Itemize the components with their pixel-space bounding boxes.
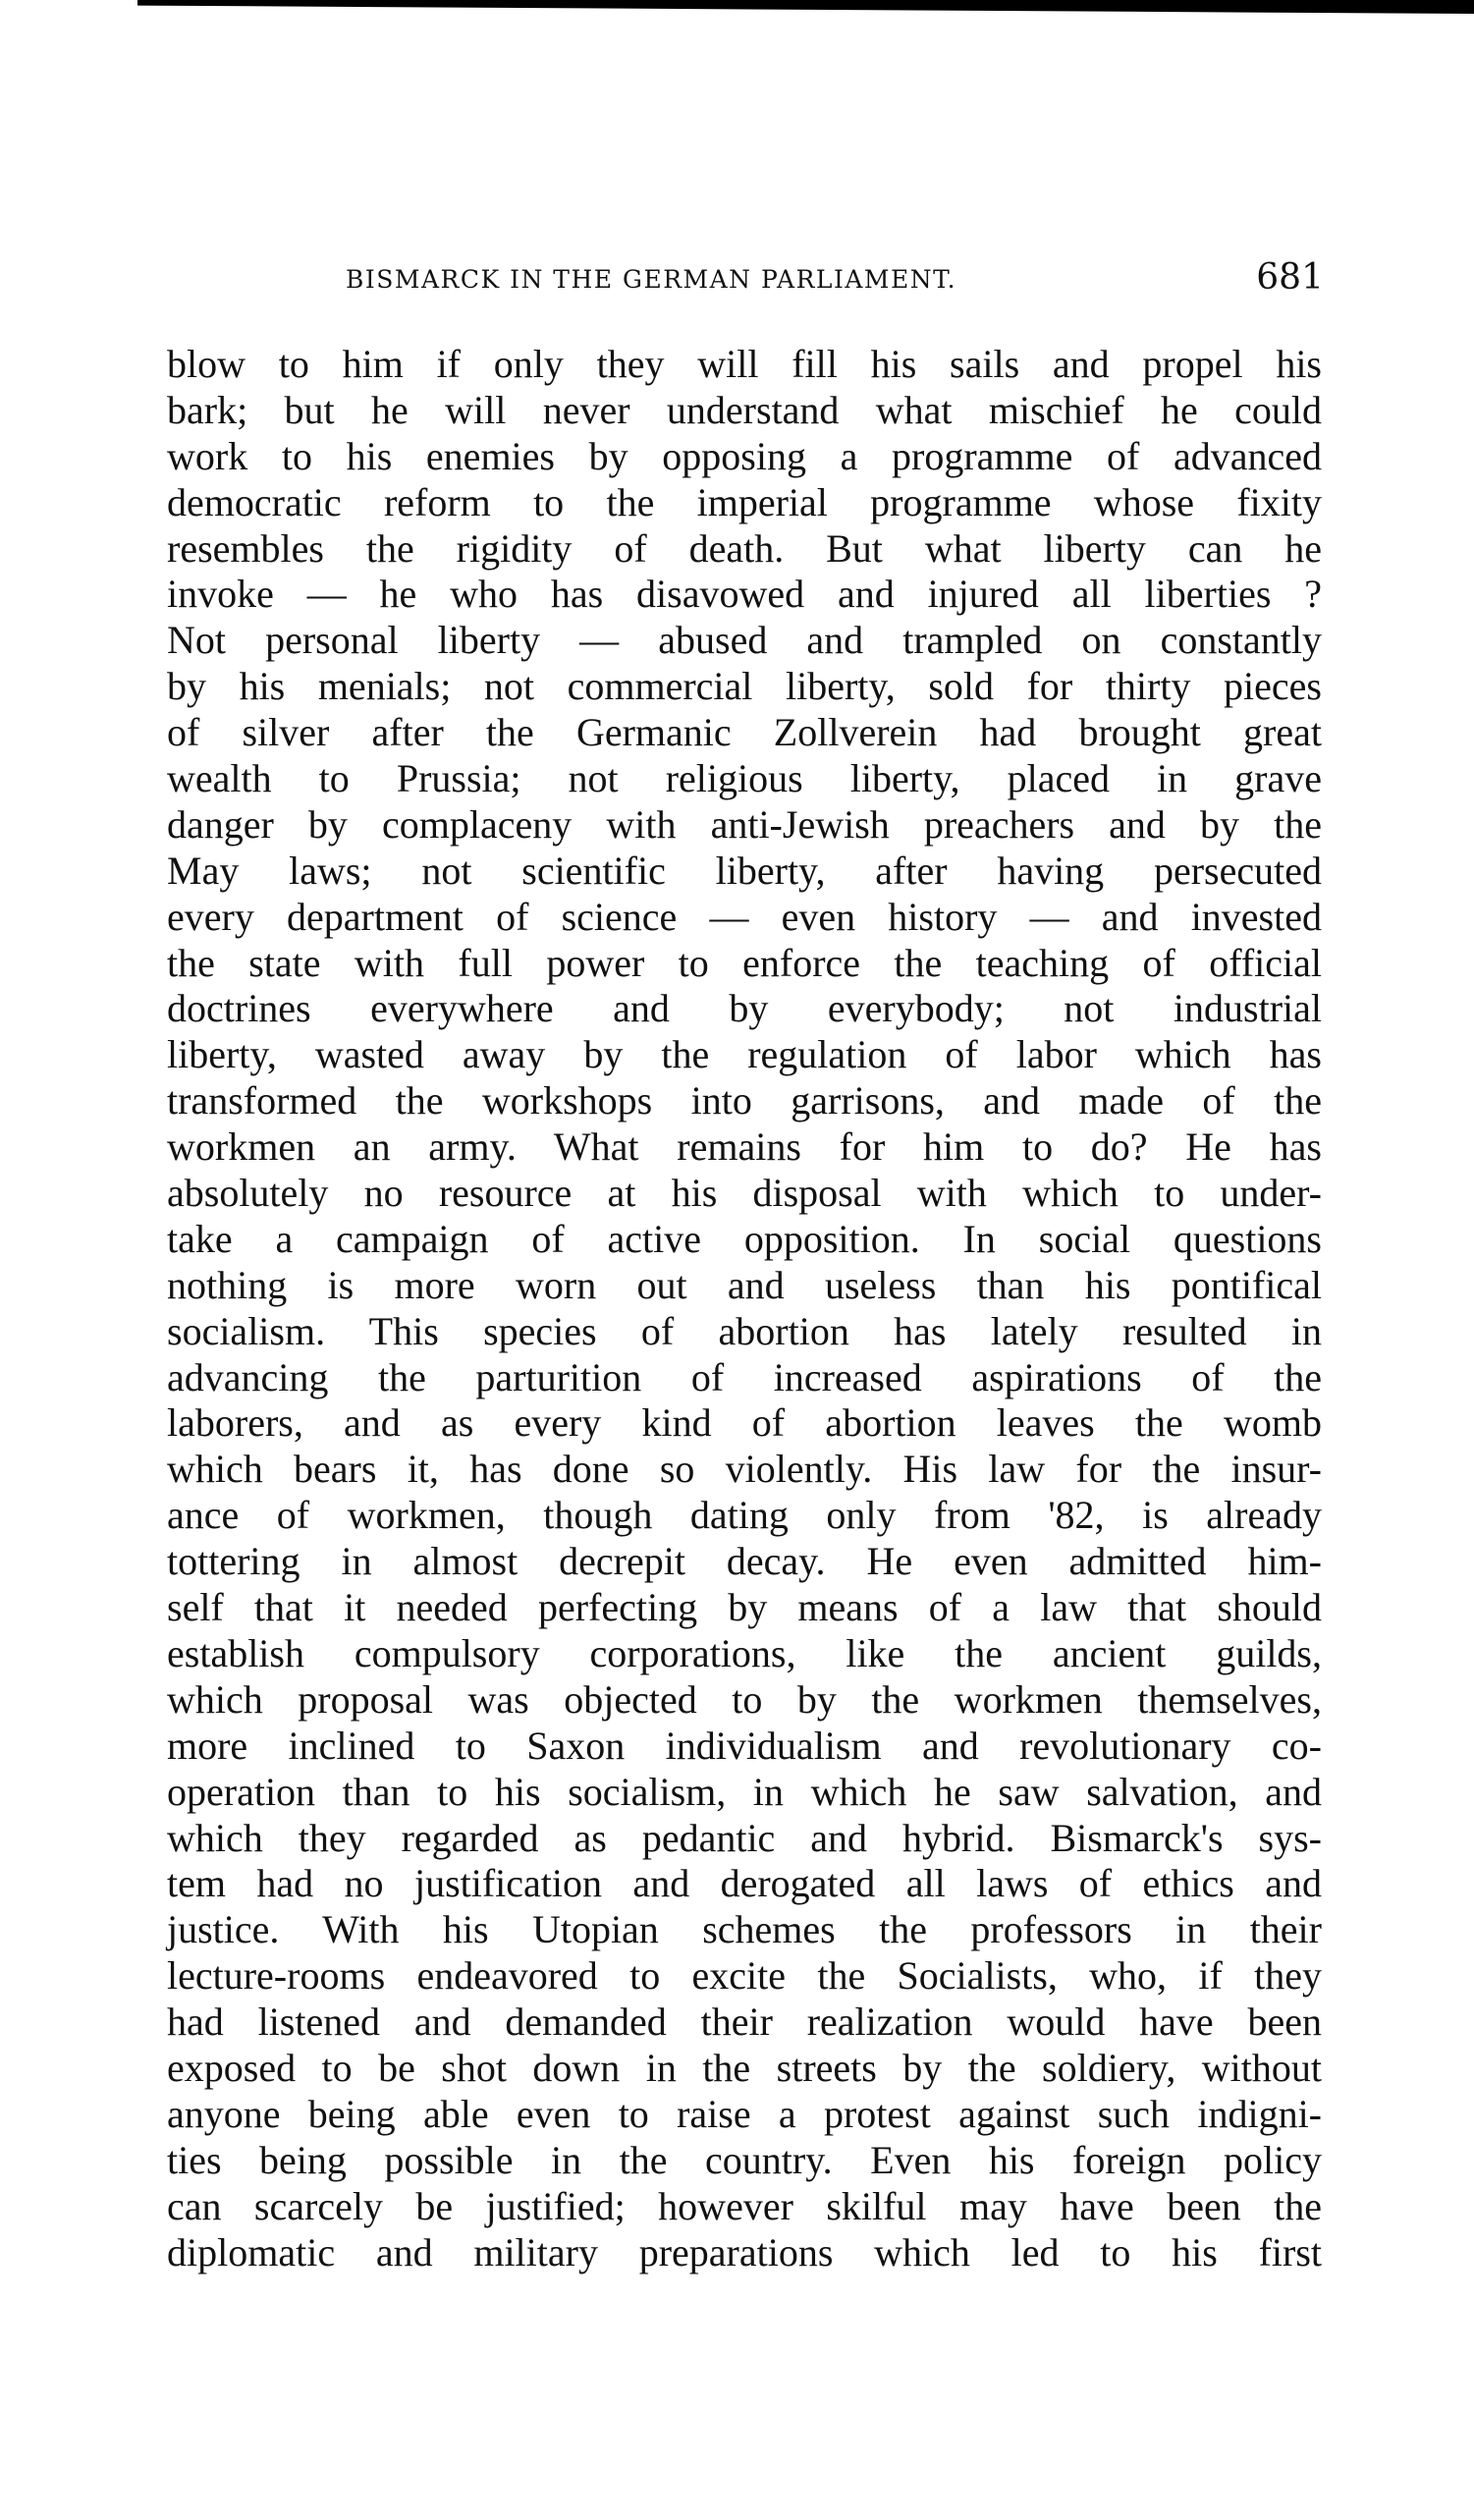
text-line: bark; but he will never understand what … [167,388,1322,434]
text-line: take a campaign of active opposition. In… [167,1217,1322,1263]
scan-edge-shadow [137,0,1474,14]
text-line: self that it needed perfecting by means … [167,1585,1322,1631]
text-line: wealth to Prussia; not religious liberty… [167,756,1322,802]
text-line: justice. With his Utopian schemes the pr… [167,1907,1322,1953]
text-line: exposed to be shot down in the streets b… [167,2046,1322,2092]
text-line: ance of workmen, though dating only from… [167,1493,1322,1539]
text-line: lecture-rooms endeavored to excite the S… [167,1953,1322,2000]
text-line: invoke — he who has disavowed and injure… [167,572,1322,618]
text-line: danger by complaceny with anti-Jewish pr… [167,802,1322,849]
text-line: laborers, and as every kind of abortion … [167,1400,1322,1447]
text-line: which they regarded as pedantic and hybr… [167,1816,1322,1862]
text-line: Not personal liberty — abused and trampl… [167,618,1322,664]
text-line: tottering in almost decrepit decay. He e… [167,1539,1322,1585]
page-number: 681 [1256,257,1324,298]
text-line: ties being possible in the country. Even… [167,2138,1322,2184]
running-head-title: BISMARCK IN THE GERMAN PARLIAMENT. [346,265,956,294]
text-line: establish compulsory corporations, like … [167,1631,1322,1677]
text-line: anyone being able even to raise a protes… [167,2092,1322,2138]
text-line: can scarcely be justified; however skilf… [167,2184,1322,2230]
text-line: socialism. This species of abortion has … [167,1309,1322,1355]
text-line: nothing is more worn out and useless tha… [167,1263,1322,1309]
text-line: operation than to his socialism, in whic… [167,1770,1322,1816]
text-line: which proposal was objected to by the wo… [167,1677,1322,1724]
running-head: BISMARCK IN THE GERMAN PARLIAMENT. 681 [346,257,1324,306]
text-line: democratic reform to the imperial progra… [167,480,1322,526]
text-line: the state with full power to enforce the… [167,941,1322,987]
text-line: May laws; not scientific liberty, after … [167,849,1322,895]
text-line: every department of science — even histo… [167,895,1322,941]
text-line: by his menials; not commercial liberty, … [167,664,1322,710]
body-text: blow to him if only they will fill his s… [167,342,1322,2275]
text-line: transformed the workshops into garrisons… [167,1078,1322,1124]
text-line: tem had no justification and derogated a… [167,1861,1322,1907]
text-line: resembles the rigidity of death. But wha… [167,526,1322,573]
text-line: diplomatic and military preparations whi… [167,2230,1322,2276]
text-line: workmen an army. What remains for him to… [167,1124,1322,1171]
text-line: liberty, wasted away by the regulation o… [167,1032,1322,1078]
text-line: absolutely no resource at his disposal w… [167,1171,1322,1217]
text-line: blow to him if only they will fill his s… [167,342,1322,388]
text-line: had listened and demanded their realizat… [167,2000,1322,2046]
text-line: which bears it, has done so violently. H… [167,1447,1322,1493]
text-line: advancing the parturition of increased a… [167,1355,1322,1401]
text-line: work to his enemies by opposing a progra… [167,434,1322,480]
text-line: more inclined to Saxon individualism and… [167,1724,1322,1770]
text-line: doctrines everywhere and by everybody; n… [167,986,1322,1032]
text-line: of silver after the Germanic Zollverein … [167,710,1322,756]
